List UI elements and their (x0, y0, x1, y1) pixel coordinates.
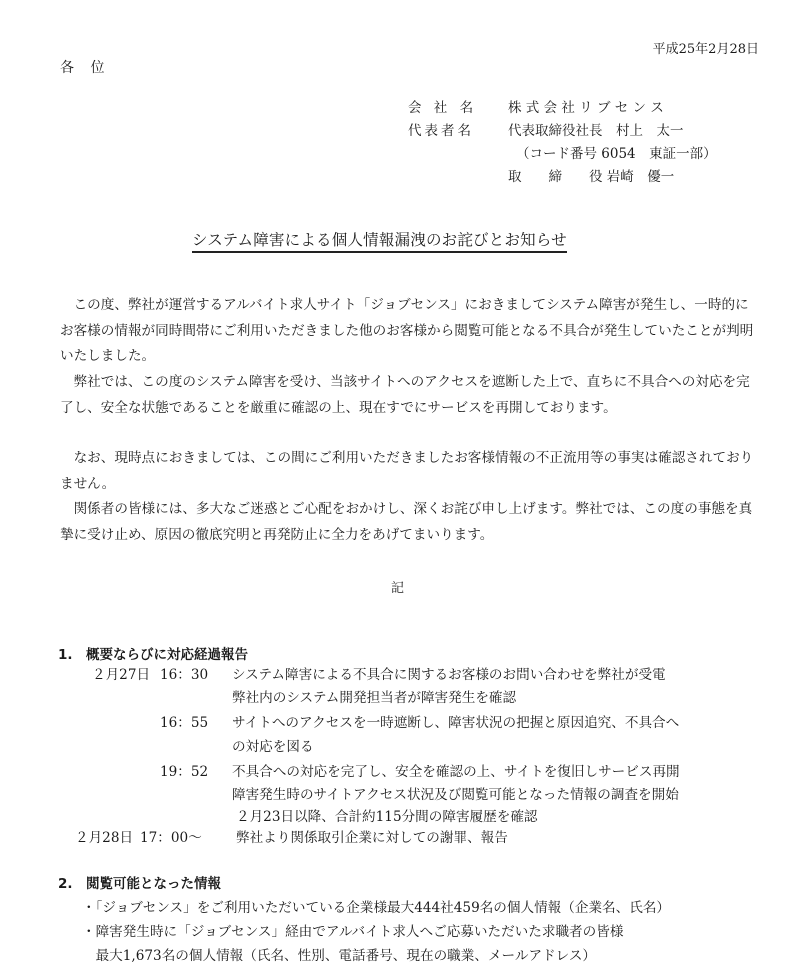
timeline-time: 19：52 (160, 760, 208, 780)
body-paragraph-2: 弊社では、この度のシステム障害を受け、当該サイトへのアクセスを遮断した上で、直ち… (60, 370, 760, 421)
info-item: 最大1,673名の個人情報（氏名、性別、電話番号、現在の職業、メールアドレス） (82, 944, 596, 964)
representative-row: 代表者名代表取締役社長 村上 太一 (408, 119, 684, 139)
section-2-heading: 2. 閲覧可能となった情報 (58, 872, 221, 892)
timeline-text: の対応を図る (232, 735, 314, 755)
timeline-text: 弊社内のシステム開発担当者が障害発生を確認 (232, 686, 516, 706)
director-row: 取 締 役 岩崎 優一 (508, 165, 674, 185)
company-name: 株 式 会 社 リ ブ セ ン ス (508, 100, 664, 116)
timeline-text: 障害発生時のサイトアクセス状況及び閲覧可能となった情報の調査を開始 (232, 783, 679, 803)
ki-marker: 記 (391, 577, 404, 596)
timeline-time: 17：00～ (140, 826, 202, 846)
addressee: 各 位 (60, 57, 110, 77)
representative-name: 代表取締役社長 村上 太一 (508, 123, 684, 139)
representative-label: 代表者名 (408, 119, 508, 139)
timeline-text: サイトへのアクセスを一時遮断し、障害状況の把握と原因追究、不具合へ (232, 711, 679, 731)
info-item: ・「ジョブセンス」をご利用いただいている企業様最大444社459名の個人情報（企… (82, 896, 670, 916)
body-paragraph-1: この度、弊社が運営するアルバイト求人サイト「ジョブセンス」におきましてシステム障… (60, 293, 760, 370)
company-row: 会 社 名株 式 会 社 リ ブ セ ン ス (408, 96, 664, 116)
timeline-date: ２月27日 (92, 663, 150, 683)
timeline-time: 16：55 (160, 711, 208, 731)
info-item: ・障害発生時に「ジョブセンス」経由でアルバイト求人へご応募いただいた求職者の皆様 (82, 920, 623, 940)
timeline-date: ２月28日 (75, 826, 133, 846)
timeline-time: 16：30 (160, 663, 208, 683)
timeline-text: 弊社より関係取引企業に対しての謝罪、報告 (236, 826, 508, 846)
document-title: システム障害による個人情報漏洩のお詫びとお知らせ (192, 228, 567, 253)
body-paragraph-3: なお、現時点におきましては、この間にご利用いただきましたお客様情報の不正流用等の… (60, 446, 760, 497)
section-1-heading: 1. 概要ならびに対応経過報告 (58, 643, 248, 663)
timeline-text: ２月23日以降、合計約115分間の障害履歴を確認 (236, 805, 538, 825)
document-date: 平成25年2月28日 (653, 38, 759, 57)
timeline-text: 不具合への対応を完了し、安全を確認の上、サイトを復旧しサービス再開 (232, 760, 680, 780)
timeline-text: システム障害による不具合に関するお客様のお問い合わせを弊社が受電 (232, 663, 666, 683)
body-paragraph-4: 関係者の皆様には、多大なご迷惑とご心配をおかけし、深くお詫び申し上げます。弊社で… (60, 497, 760, 548)
company-label: 会 社 名 (408, 96, 508, 116)
code-info: （コード番号 6054 東証一部） (516, 142, 717, 162)
